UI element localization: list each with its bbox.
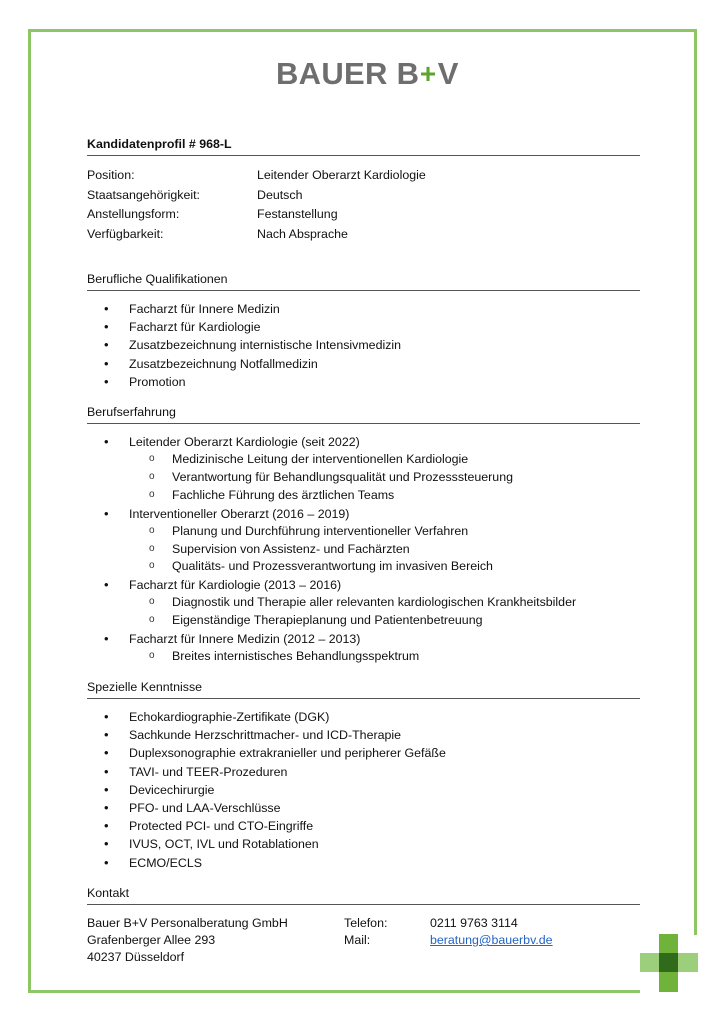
profile-field-row: Verfügbarkeit:Nach Absprache [87, 225, 640, 245]
experience-detail: Breites internistisches Behandlungsspekt… [87, 648, 640, 666]
brand-cross-icon [640, 934, 698, 992]
section-qualifications-title: Berufliche Qualifikationen [87, 271, 640, 291]
company-logo: BAUER B+V [276, 56, 459, 92]
contact-block: Bauer B+V Personalberatung GmbH Grafenbe… [87, 915, 640, 967]
logo-text: BAUER B [276, 56, 419, 91]
address-line: 40237 Düsseldorf [87, 949, 344, 966]
list-item: IVUS, OCT, IVL und Rotablationen [87, 835, 640, 853]
section-skills-title: Spezielle Kenntnisse [87, 679, 640, 699]
experience-detail: Eigenständige Therapieplanung und Patien… [87, 612, 640, 630]
experience-detail: Supervision von Assistenz- und Fachärzte… [87, 541, 640, 559]
field-value: Nach Absprache [257, 225, 348, 245]
field-value: Festanstellung [257, 205, 338, 225]
experience-position: Interventioneller Oberarzt (2016 – 2019) [87, 505, 640, 523]
field-label: Anstellungsform: [87, 205, 257, 225]
experience-detail: Diagnostik und Therapie aller relevanten… [87, 594, 640, 612]
experience-detail: Verantwortung für Behandlungsqualität un… [87, 469, 640, 487]
contact-values: 0211 9763 3114 beratung@bauerbv.de [430, 915, 553, 967]
profile-field-row: Anstellungsform:Festanstellung [87, 205, 640, 225]
field-value: Deutsch [257, 186, 302, 206]
list-item: PFO- und LAA-Verschlüsse [87, 799, 640, 817]
list-item: Zusatzbezeichnung internistische Intensi… [87, 336, 640, 354]
qualifications-list: Facharzt für Innere MedizinFacharzt für … [87, 300, 640, 391]
document-body: Kandidatenprofil # 968-L Position:Leiten… [87, 136, 640, 966]
contact-labels: Telefon: Mail: [344, 915, 430, 967]
list-item: Duplexsonographie extrakranieller und pe… [87, 744, 640, 762]
mail-label: Mail: [344, 932, 430, 949]
experience-position: Facharzt für Innere Medizin (2012 – 2013… [87, 630, 640, 648]
list-item: Promotion [87, 373, 640, 391]
contact-address: Bauer B+V Personalberatung GmbH Grafenbe… [87, 915, 344, 967]
profile-fields: Position:Leitender Oberarzt KardiologieS… [87, 166, 640, 244]
section-contact-title: Kontakt [87, 885, 640, 905]
list-item: Sachkunde Herzschrittmacher- und ICD-The… [87, 726, 640, 744]
page-frame-bottom [28, 990, 640, 993]
page-frame-left [28, 29, 31, 992]
experience-position: Leitender Oberarzt Kardiologie (seit 202… [87, 433, 640, 451]
profile-field-row: Staatsangehörigkeit:Deutsch [87, 186, 640, 206]
list-item: Protected PCI- und CTO-Eingriffe [87, 817, 640, 835]
address-line: Grafenberger Allee 293 [87, 932, 344, 949]
field-label: Verfügbarkeit: [87, 225, 257, 245]
list-item: Zusatzbezeichnung Notfallmedizin [87, 355, 640, 373]
email-link[interactable]: beratung@bauerbv.de [430, 933, 553, 947]
experience-detail: Qualitäts- und Prozessverantwortung im i… [87, 558, 640, 576]
phone-number: 0211 9763 3114 [430, 915, 553, 932]
page-frame-right [694, 29, 697, 935]
address-line: Bauer B+V Personalberatung GmbH [87, 915, 344, 932]
experience-list: Leitender Oberarzt Kardiologie (seit 202… [87, 433, 640, 666]
field-label: Staatsangehörigkeit: [87, 186, 257, 206]
experience-detail: Fachliche Führung des ärztlichen Teams [87, 487, 640, 505]
profile-field-row: Position:Leitender Oberarzt Kardiologie [87, 166, 640, 186]
phone-label: Telefon: [344, 915, 430, 932]
field-value: Leitender Oberarzt Kardiologie [257, 166, 426, 186]
list-item: ECMO/ECLS [87, 854, 640, 872]
list-item: Echokardiographie-Zertifikate (DGK) [87, 708, 640, 726]
section-experience-title: Berufserfahrung [87, 404, 640, 424]
logo-text-end: V [438, 56, 459, 91]
page-frame-top [28, 29, 697, 32]
experience-detail: Medizinische Leitung der interventionell… [87, 451, 640, 469]
list-item: Facharzt für Innere Medizin [87, 300, 640, 318]
list-item: TAVI- und TEER-Prozeduren [87, 763, 640, 781]
list-item: Devicechirurgie [87, 781, 640, 799]
field-label: Position: [87, 166, 257, 186]
list-item: Facharzt für Kardiologie [87, 318, 640, 336]
skills-list: Echokardiographie-Zertifikate (DGK)Sachk… [87, 708, 640, 872]
logo-plus-icon: + [420, 58, 437, 90]
experience-position: Facharzt für Kardiologie (2013 – 2016) [87, 576, 640, 594]
experience-detail: Planung und Durchführung interventionell… [87, 523, 640, 541]
profile-title: Kandidatenprofil # 968-L [87, 136, 640, 156]
